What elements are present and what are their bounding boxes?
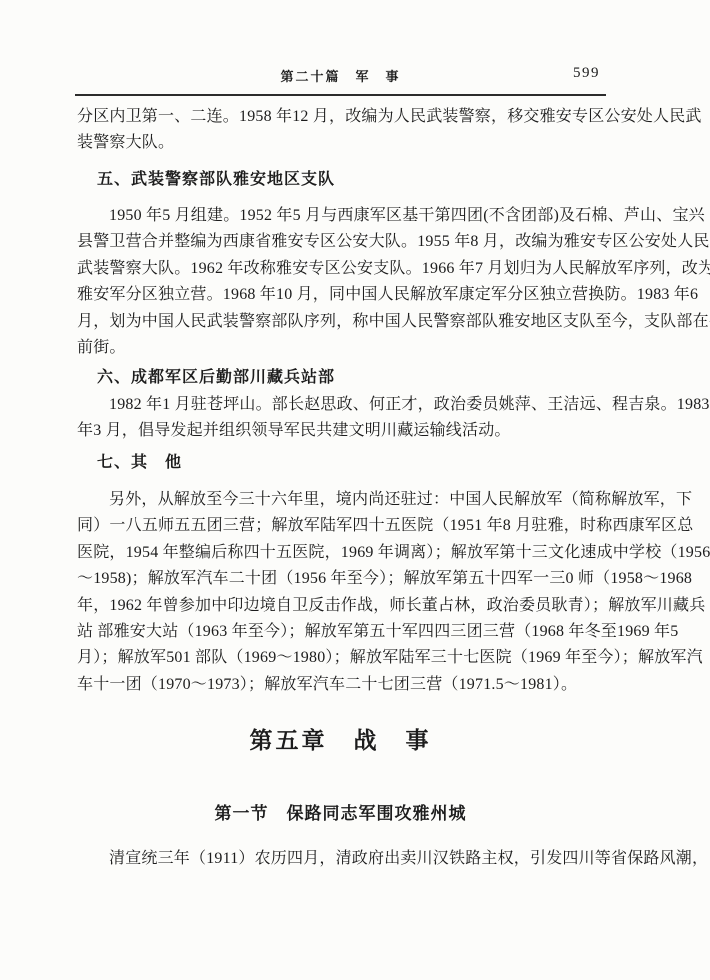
text-line: 年3 月，倡导发起并组织领导军民共建文明川藏运输线活动。 (77, 418, 622, 444)
text-line: 武装警察大队。1962 年改称雅安专区公安支队。1966 年7 月划归为人民解放… (77, 256, 622, 282)
book-page: 第二十篇 军 事 599 分区内卫第一、二连。1958 年12 月，改编为人民武… (0, 0, 710, 980)
text-line: 月，划为中国人民武装警察部队序列，称中国人民警察部队雅安地区支队至今，支队部在县 (77, 309, 622, 335)
chapter-title: 第五章 战 事 (75, 722, 606, 755)
text-line: 年，1962 年曾参加中印边境自卫反击作战，师长董占林，政治委员耿青）；解放军川… (77, 593, 622, 619)
text-line: 车十一团（1970～1973）；解放军汽车二十七团三营（1971.5～1981）… (77, 672, 622, 698)
section-heading-6: 六、成都军区后勤部川藏兵站部 (77, 369, 642, 387)
page-number: 599 (573, 65, 600, 82)
section-5-paragraph: 1950 年5 月组建。1952 年5 月与西康军区基干第四团(不含团部)及石棉… (77, 203, 622, 361)
section-6-paragraph: 1982 年1 月驻苍坪山。部长赵思政、何正才，政治委员姚萍、王洁远、程吉泉。1… (77, 392, 622, 445)
paragraph-continuation: 分区内卫第一、二连。1958 年12 月，改编为人民武装警察，移交雅安专区公安处… (77, 104, 622, 157)
text-line: 医院，1954 年整编后称四十五医院，1969 年调离）；解放军第十三文化速成中… (77, 540, 622, 566)
text-line: 1982 年1 月驻苍坪山。部长赵思政、何正才，政治委员姚萍、王洁远、程吉泉。1… (77, 392, 622, 418)
text-line: 另外，从解放至今三十六年里，境内尚还驻过：中国人民解放军（简称解放军，下 (77, 487, 622, 513)
text-line: 分区内卫第一、二连。1958 年12 月，改编为人民武装警察，移交雅安专区公安处… (77, 104, 622, 130)
section-title: 第一节 保路同志军围攻雅州城 (75, 799, 606, 824)
text-line: 前街。 (77, 335, 622, 361)
text-line: 1950 年5 月组建。1952 年5 月与西康军区基干第四团(不含团部)及石棉… (77, 203, 622, 229)
section-7-paragraph: 另外，从解放至今三十六年里，境内尚还驻过：中国人民解放军（简称解放军，下同）一八… (77, 487, 622, 698)
text-line: 月）；解放军501 部队（1969～1980）；解放军陆军三十七医院（1969 … (77, 645, 622, 671)
text-line: 装警察大队。 (77, 130, 622, 156)
running-header-title: 第二十篇 军 事 (280, 69, 400, 84)
text-line: 同）一八五师五五团三营；解放军陆军四十五医院（1951 年8 月驻雅，时称西康军… (77, 513, 622, 539)
text-line: ～1958)；解放军汽车二十团（1956 年至今）；解放军第五十四军一三0 师（… (77, 566, 622, 592)
closing-paragraph: 清宣统三年（1911）农历四月，清政府出卖川汉铁路主权，引发四川等省保路风潮， (77, 846, 622, 872)
header-rule (75, 94, 606, 96)
text-line: 县警卫营合并整编为西康省雅安专区公安大队。1955 年8 月，改编为雅安专区公安… (77, 229, 622, 255)
section-heading-7: 七、其 他 (77, 454, 642, 472)
running-header: 第二十篇 军 事 599 (75, 66, 606, 85)
text-line: 清宣统三年（1911）农历四月，清政府出卖川汉铁路主权，引发四川等省保路风潮， (77, 846, 622, 872)
text-line: 站 部雅安大站（1963 年至今）；解放军第五十军四四三团三营（1968 年冬至… (77, 619, 622, 645)
section-heading-5: 五、武装警察部队雅安地区支队 (77, 171, 642, 189)
text-line: 雅安军分区独立营。1968 年10 月，同中国人民解放军康定军分区独立营换防。1… (77, 282, 622, 308)
